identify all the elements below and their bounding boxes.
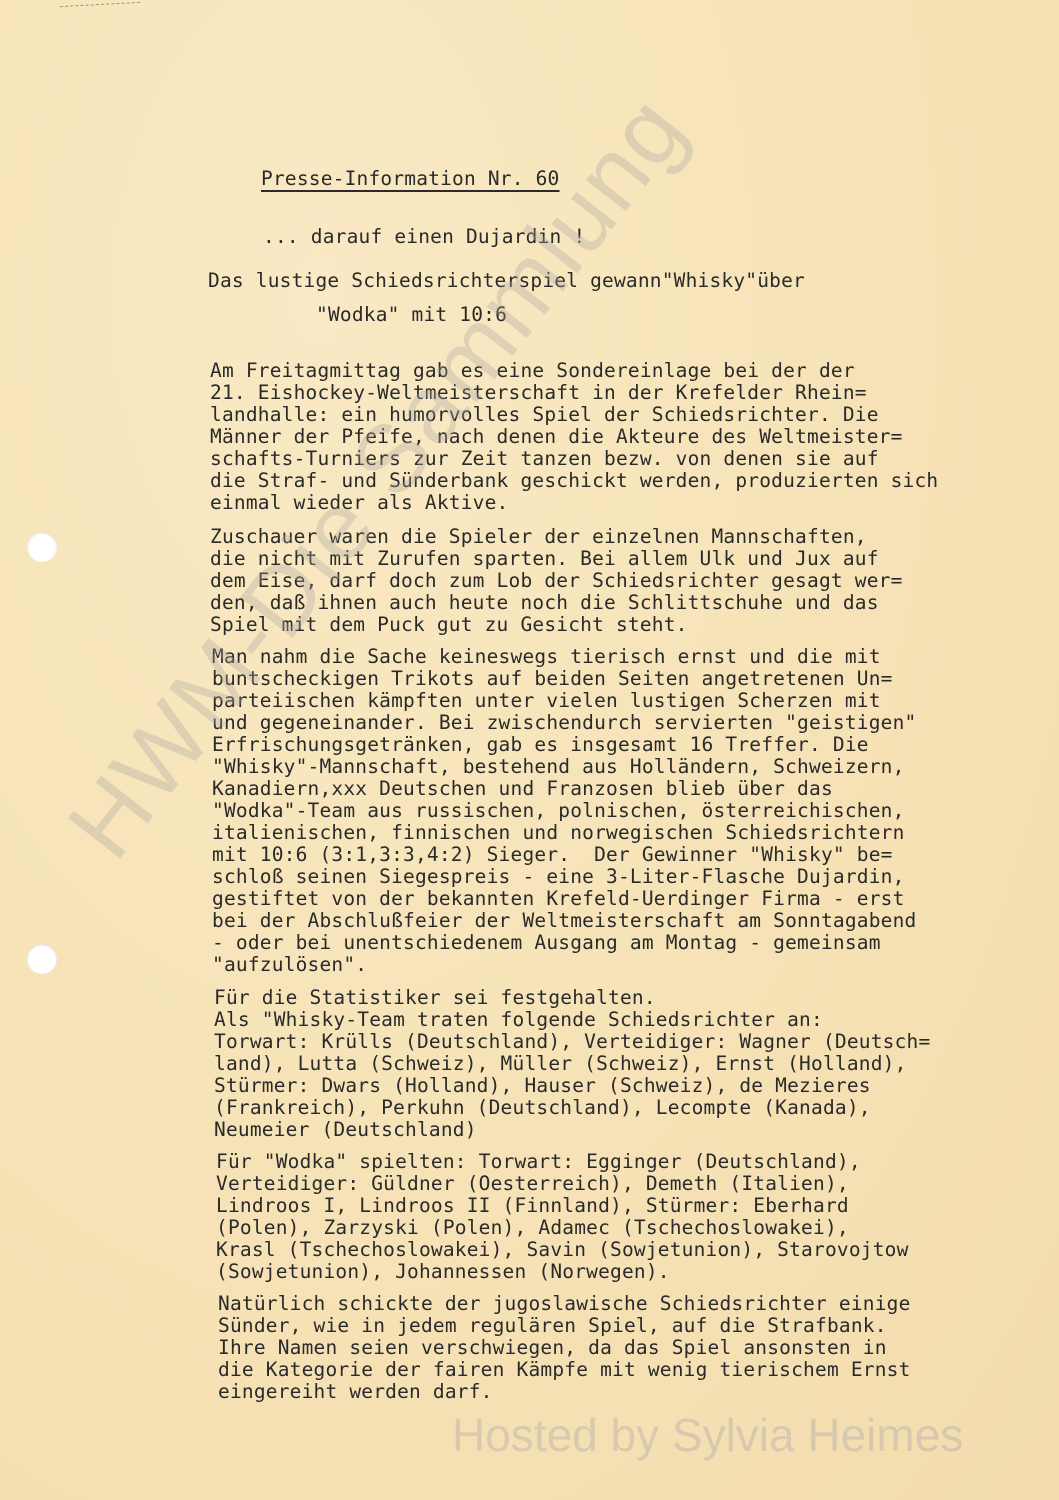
paragraph-match-report: Man nahm die Sache keineswegs tierisch e… (212, 646, 916, 976)
pencil-mark (60, 2, 140, 10)
document-subtitle: ... darauf einen Dujardin ! (263, 226, 585, 248)
punch-hole-bottom (27, 944, 57, 974)
paragraph-closing: Natürlich schickte der jugoslawische Sch… (218, 1293, 911, 1403)
paragraph-intro: Am Freitagmittag gab es eine Sondereinla… (210, 360, 938, 514)
punch-hole-top (27, 532, 57, 562)
headline-line-1: Das lustige Schiedsrichterspiel gewann"W… (208, 270, 805, 292)
hosted-by-watermark: Hosted by Sylvia Heimes (452, 1408, 963, 1462)
document-page: Presse-Information Nr. 60 ... darauf ein… (0, 0, 1059, 1500)
document-title: Presse-Information Nr. 60 (261, 168, 560, 190)
headline-line-2: "Wodka" mit 10:6 (316, 304, 507, 326)
paragraph-spectators: Zuschauer waren die Spieler der einzelne… (210, 526, 903, 636)
paragraph-whisky-team: Für die Statistiker sei festgehalten. Al… (214, 987, 930, 1141)
paragraph-wodka-team: Für "Wodka" spielten: Torwart: Egginger … (216, 1151, 909, 1283)
